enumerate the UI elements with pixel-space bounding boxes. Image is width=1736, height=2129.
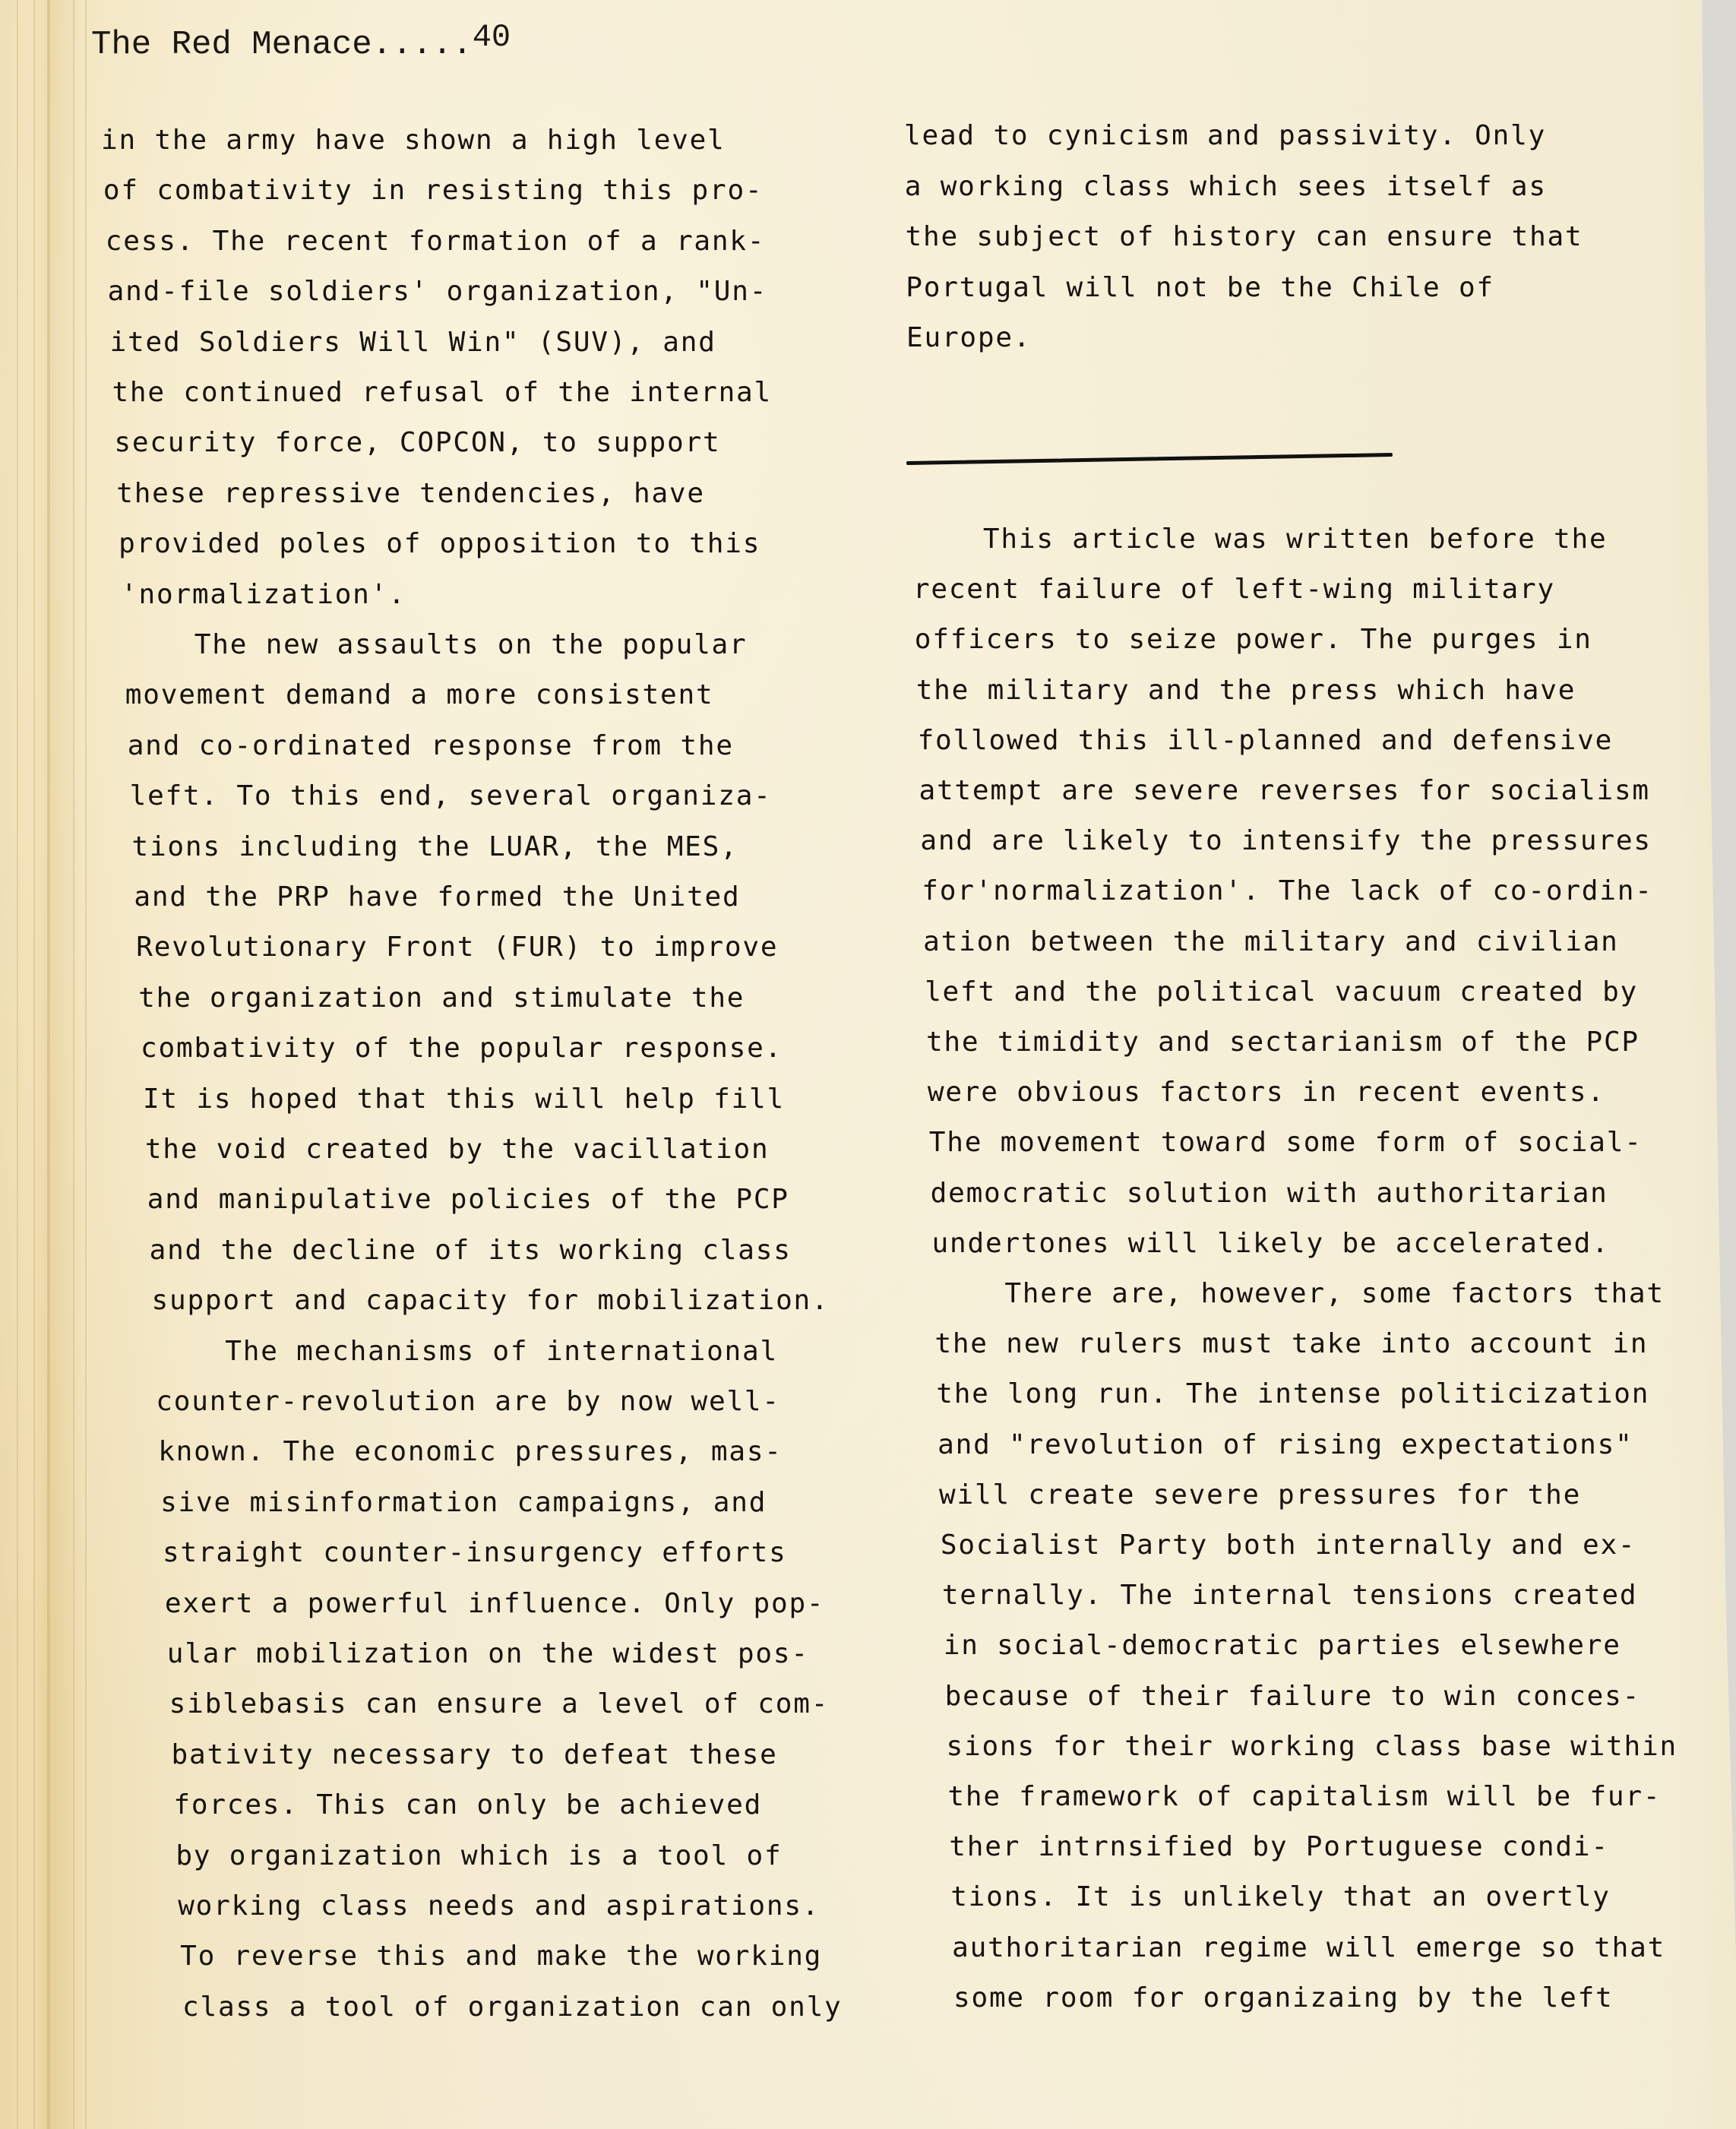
page-edge-stripe <box>17 0 18 2129</box>
text-line: attempt are severe reverses for socialis… <box>919 774 1649 808</box>
text-line: recent failure of left-wing military <box>913 573 1555 606</box>
text-line: The movement toward some form of social- <box>929 1126 1643 1159</box>
text-line: the organization and stimulate the <box>138 982 745 1015</box>
text-line: in social-democratic parties elsewhere <box>944 1629 1621 1662</box>
text-line: forces. This can only be achieved <box>173 1789 762 1822</box>
text-line: security force, COPCON, to support <box>114 426 720 460</box>
text-line: were obvious factors in recent events. <box>928 1076 1605 1109</box>
text-line: provided poles of opposition to this <box>119 527 760 561</box>
text-line: and the decline of its working class <box>150 1234 792 1267</box>
text-line: democratic solution with authoritarian <box>931 1177 1608 1210</box>
text-line: left. To this end, several organiza- <box>130 780 772 813</box>
text-line: of combativity in resisting this pro- <box>103 174 764 207</box>
text-line: sions for their working class base withi… <box>947 1730 1678 1764</box>
text-line: cess. The recent formation of a rank- <box>106 225 766 258</box>
text-line: officers to seize power. The purges in <box>915 623 1592 656</box>
text-line: This article was written before the <box>912 523 1607 556</box>
text-line: bativity necessary to defeat these <box>172 1738 778 1772</box>
text-line: tions. It is unlikely that an overtly <box>950 1881 1611 1914</box>
text-line: exert a powerful influence. Only pop- <box>165 1587 825 1621</box>
text-line: ular mobilization on the widest pos- <box>167 1637 809 1671</box>
text-line: 'normalization'. <box>121 578 406 612</box>
text-line: some room for organizaing by the left <box>953 1982 1614 2015</box>
text-line: a working class which sees itself as <box>905 170 1547 204</box>
text-line: ternally. The internal tensions created <box>942 1579 1637 1612</box>
text-line: the void created by the vacillation <box>145 1133 770 1166</box>
text-line: in the army have shown a high level <box>101 124 726 157</box>
text-line: the continued refusal of the internal <box>112 376 772 410</box>
text-line: siblebasis can ensure a level of com- <box>169 1688 830 1721</box>
text-line: Europe. <box>906 321 1031 355</box>
text-line: and manipulative policies of the PCP <box>147 1183 789 1216</box>
text-line: for'normalization'. The lack of co-ordin… <box>922 875 1652 908</box>
text-line: Portugal will not be the Chile of <box>906 271 1494 305</box>
text-line: There are, however, some factors that <box>933 1277 1664 1311</box>
text-line: known. The economic pressures, mas- <box>158 1435 783 1469</box>
text-line: straight counter-insurgency efforts <box>163 1536 787 1570</box>
text-line: Revolutionary Front (FUR) to improve <box>136 931 778 964</box>
text-line: It is hoped that this will help fill <box>143 1083 785 1116</box>
text-line: ation between the military and civilian <box>923 925 1618 959</box>
text-line: ited Soldiers Will Win" (SUV), and <box>110 326 716 359</box>
text-line: and "revolution of rising expectations" <box>938 1428 1633 1462</box>
text-line: the subject of history can ensure that <box>906 220 1583 254</box>
text-line: sive misinformation campaigns, and <box>160 1486 767 1520</box>
text-line: support and capacity for mobilization. <box>152 1284 830 1318</box>
text-line: and the PRP have formed the United <box>134 881 740 914</box>
text-line: left and the political vacuum created by <box>925 976 1638 1009</box>
page-edge-stripe <box>73 0 74 2129</box>
text-line: lead to cynicism and passivity. Only <box>904 119 1546 153</box>
text-line: class a tool of organization can only <box>182 1991 843 2024</box>
page-number: 40 <box>473 19 511 55</box>
text-line: The new assaults on the popular <box>123 628 748 662</box>
text-line: and are likely to intensify the pressure… <box>920 824 1651 858</box>
text-line: and-file soldiers' organization, "Un- <box>108 275 768 308</box>
text-line: undertones will likely be accelerated. <box>932 1227 1610 1261</box>
text-line: will create severe pressures for the <box>939 1479 1581 1512</box>
text-line: the military and the press which have <box>916 674 1576 707</box>
text-line: the long run. The intense politicization <box>936 1378 1649 1411</box>
text-line: movement demand a more consistent <box>125 679 714 712</box>
text-line: ther intrnsified by Portuguese condi- <box>949 1830 1609 1864</box>
page-edge-stripe <box>33 0 35 2129</box>
text-line: tions including the LUAR, the MES, <box>131 830 738 864</box>
text-line: by organization which is a tool of <box>175 1840 782 1873</box>
text-line: the new rulers must take into account in <box>934 1327 1648 1361</box>
text-line: counter-revolution are by now well- <box>156 1385 780 1419</box>
page-edge-stripe <box>47 0 50 2129</box>
text-line: To reverse this and make the working <box>180 1940 822 1973</box>
text-line: working class needs and aspirations. <box>178 1890 820 1923</box>
text-line: The mechanisms of international <box>153 1335 778 1368</box>
publication-title: The Red Menace..... <box>91 26 473 64</box>
running-head: The Red Menace.....40 <box>91 26 511 64</box>
text-line: combativity of the popular response. <box>141 1032 783 1065</box>
text-line: because of their failure to win conces- <box>945 1680 1640 1713</box>
text-line: the timidity and sectarianism of the PCP <box>926 1026 1640 1059</box>
text-line: Socialist Party both internally and ex- <box>941 1529 1636 1562</box>
page-edge-stripe <box>85 0 87 2129</box>
text-line: the framework of capitalism will be fur- <box>947 1780 1661 1814</box>
text-line: authoritarian regime will emerge so that <box>952 1931 1665 1965</box>
text-line: and co-ordinated response from the <box>128 729 734 763</box>
text-line: these repressive tendencies, have <box>116 477 705 511</box>
text-line: followed this ill-planned and defensive <box>918 724 1613 758</box>
